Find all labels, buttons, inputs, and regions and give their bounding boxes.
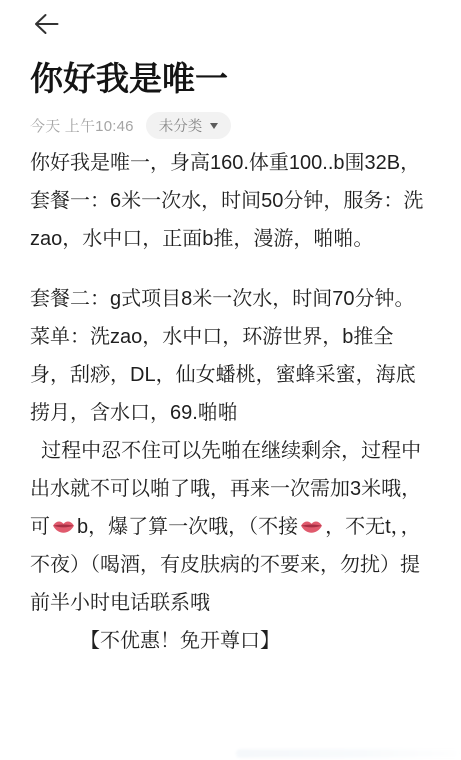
note-title[interactable]: 你好我是唯一 [30, 59, 433, 99]
note-body[interactable]: 你好我是唯一，身高160.体重100..b围32B，套餐一：6米一次水，时间50… [30, 144, 433, 660]
note-paragraph: 过程中忍不住可以先啪在继续剩余，过程中出水就不可以啪了哦，再来一次需加3米哦，可… [30, 432, 433, 622]
note-paragraph: 【不优惠！免开尊口】 [30, 622, 433, 660]
note-page: 你好我是唯一 今天 上午10:46 未分类 你好我是唯一，身高160.体重100… [0, 0, 461, 760]
category-selector[interactable]: 未分类 [146, 112, 232, 139]
note-paragraph: 套餐二：g式项目8米一次水，时间70分钟。菜单：洗zao，水中口，环游世界，b推… [30, 280, 433, 432]
note-paragraph: 你好我是唯一，身高160.体重100..b围32B，套餐一：6米一次水，时间50… [30, 144, 433, 258]
category-label: 未分类 [159, 115, 203, 136]
note-meta-row: 今天 上午10:46 未分类 [30, 112, 433, 139]
chevron-down-icon [210, 123, 218, 129]
watermark-smudge [236, 749, 461, 758]
lips-icon [51, 518, 76, 535]
lips-icon [299, 518, 324, 535]
note-timestamp: 今天 上午10:46 [30, 115, 134, 136]
back-button[interactable] [30, 10, 62, 40]
back-arrow-icon [31, 26, 61, 41]
